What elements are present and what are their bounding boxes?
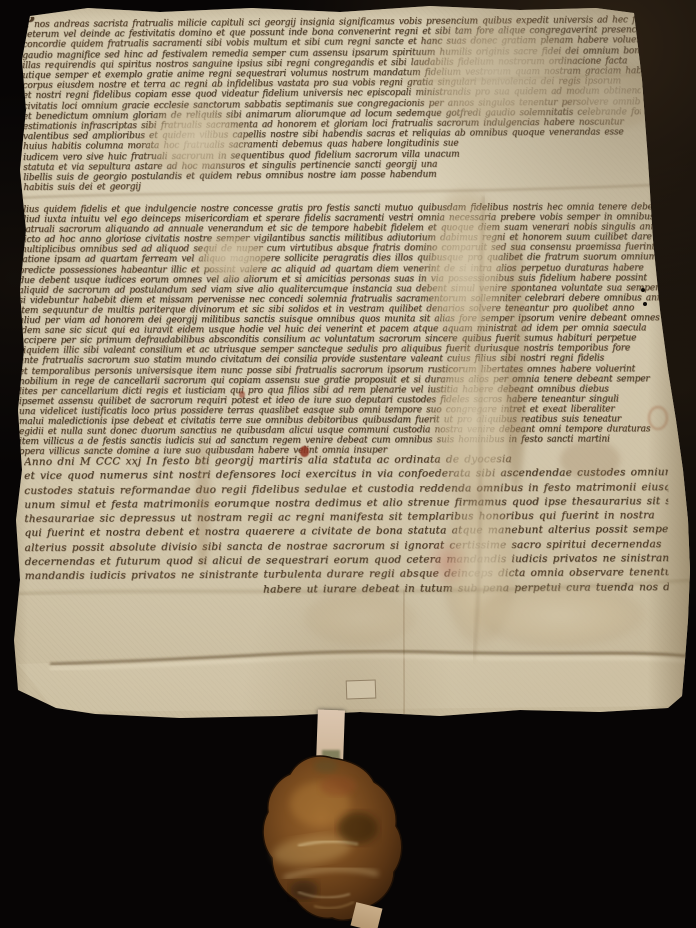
- parchment-hole: [15, 86, 19, 90]
- text-block-top: Pnos andreas sacrista fratrualis milicie…: [22, 12, 641, 195]
- tag-slit: [346, 679, 377, 699]
- text-block-dating-clause: Anno dni M CCC xxj In festo bti georgij …: [24, 451, 669, 603]
- parchment-sheet: Pnos andreas sacrista fratrualis milicie…: [0, 0, 696, 730]
- parchment-hole: [11, 307, 15, 311]
- text-block-middle: alius quidem fidelis et que indulgencie …: [18, 202, 671, 459]
- script-line: habere ut iurare debeat in tutum sub pen…: [263, 580, 669, 597]
- charter-photograph: Pnos andreas sacrista fratrualis milicie…: [0, 0, 696, 928]
- parchment-hole: [11, 290, 16, 295]
- wax-seal: [254, 750, 416, 928]
